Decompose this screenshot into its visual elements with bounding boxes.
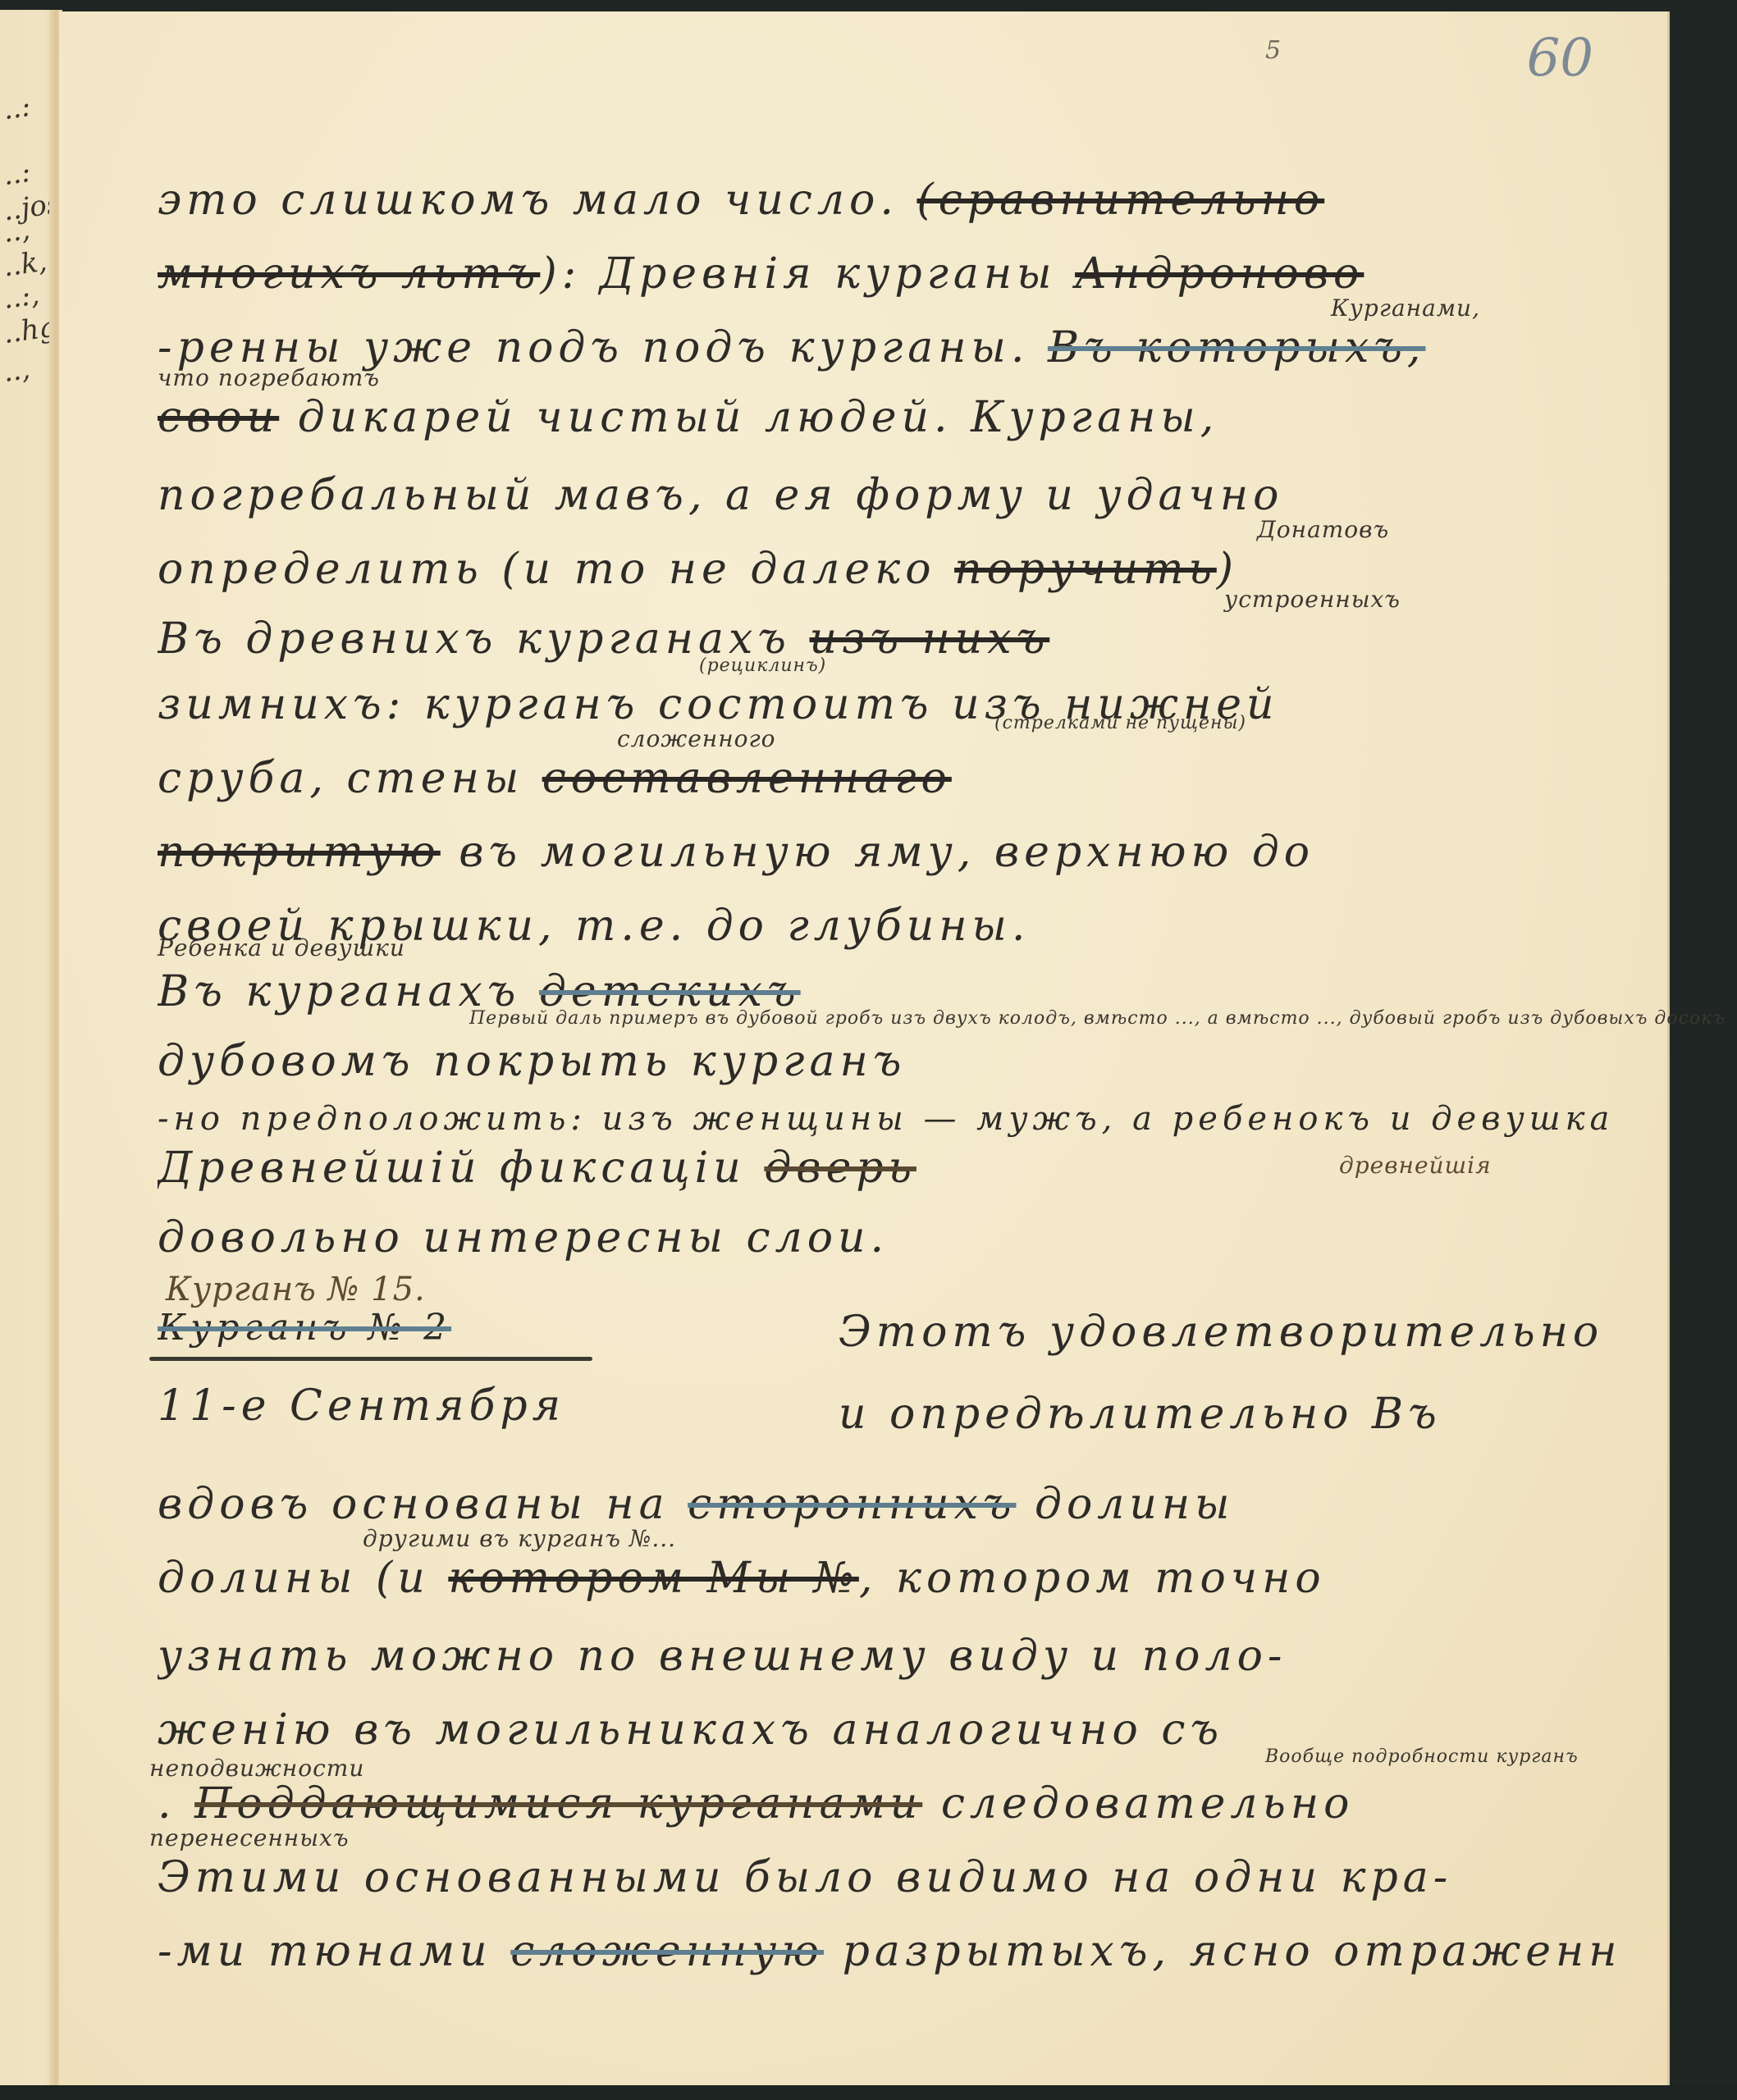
manuscript-line: Древнейшій фиксаціи дверь [158,1144,1618,1193]
interlinear-note: сложенного [617,725,776,752]
line-text: Въ древнихъ курганахъ [158,614,791,664]
struck-text: покрытую [158,828,441,877]
manuscript-line: вдовъ основаны на стороннихъ долины [158,1480,1618,1529]
manuscript-line: Этотъ удовлетворительно [839,1308,1618,1357]
heading-underline [149,1357,592,1361]
interlinear-note: (рециклинъ) [699,655,826,676]
left-page-fragment: ..k, [1,245,48,284]
manuscript-line: Въ древнихъ курганахъ изъ нихъ [158,614,1618,664]
interlinear-note: перенесенныхъ [149,1824,350,1851]
manuscript-line: -но предположить: изъ женщины — мужъ, а … [158,1094,1618,1144]
struck-text: котором Мы № [448,1554,859,1603]
manuscript-line: дубовомъ покрыть курганъ [158,1037,1618,1086]
line-text: это слишкомъ мало число. [158,176,916,225]
struck-text: стороннихъ [688,1480,1016,1529]
struck-text: Андроново [1075,249,1364,299]
interlinear-note: Курганами, [1331,294,1480,322]
adjacent-page-edge: ..: ..: ..jos, .., ..k, ..:, ..hg, .., [0,10,56,2085]
line-text: -ми тюнами [158,1927,492,1976]
manuscript-line: покрытую въ могильную яму, верхнюю до [158,828,1618,877]
manuscript-line: Этими основанными было видимо на одни кр… [158,1853,1618,1902]
struck-text: Поддающимися курганами [194,1779,922,1828]
struck-text: (сравнительно [916,176,1324,225]
line-text: довольно интересны слои. [158,1213,889,1262]
left-page-fragment: .., [1,353,32,389]
manuscript-line: долины (и котором Мы №, котором точно [158,1554,1618,1603]
line-text: дубовомъ покрыть курганъ [158,1037,906,1086]
line-text: ): Древнiя курганы [540,249,1056,299]
interlinear-note: Ребенка и девушки [158,934,405,961]
parenthetical-note: (стрелками не пущены) [994,713,1246,733]
line-text: женію въ могильникахъ аналогично съ [158,1705,1223,1755]
manuscript-line: это слишкомъ мало число. (сравнительно [158,176,1618,225]
line-text: -но предположить: изъ женщины — мужъ, а … [158,1100,1618,1138]
struck-heading: Курганъ № 2 [158,1307,451,1349]
struck-text: составленнаго [542,754,952,803]
line-text: дикарей чистый людей. Курганы, [298,393,1219,442]
line-text: узнать можно по внешнему виду и поло- [158,1632,1287,1681]
line-text: . [158,1779,176,1828]
interlinear-note: что погребаютъ [158,364,380,391]
line-text: , котором точно [859,1554,1326,1603]
left-page-fragment: .., [1,213,32,249]
left-page-fragment: ..: [1,90,32,126]
line-text: определить (и то не далеко [158,545,936,594]
manuscript-line: довольно интересны слои. [158,1213,1618,1262]
line-text: погребальный мавъ, а ея форму и удачно [158,471,1283,520]
left-page-fragment: ..:, [1,278,41,316]
struck-text: изъ нихъ [810,614,1050,664]
line-text: долины [1035,1480,1234,1529]
page-number: 60 [1527,28,1593,89]
line-text: и опредѣлительно Въ [839,1390,1442,1439]
interlinear-note: Донатовъ [1257,516,1389,543]
manuscript-line: многихъ льтъ): Древнiя курганы Андроново [158,249,1618,299]
line-text: въ могильную яму, верхнюю до [459,828,1314,877]
manuscript-line: -ми тюнами сложенную разрытыхъ, ясно отр… [158,1927,1618,1976]
line-text: Этотъ удовлетворительно [839,1308,1603,1357]
line-text: Въ курганахъ [158,967,520,1016]
manuscript-page: 5 60 это слишкомъ мало число. (сравнител… [59,11,1670,2085]
interlinear-note: неподвижности [149,1755,364,1782]
struck-text: дверь [764,1144,916,1193]
struck-text: сложенную [510,1927,824,1976]
line-text: следовательно [941,1779,1355,1828]
interlinear-note: устроенныхъ [1224,586,1401,613]
line-text: долины (и [158,1554,430,1603]
section-heading: Курганъ № 2 [158,1303,584,1353]
line-text: Древнейшій фиксаціи [158,1144,746,1193]
entry-date: 11-е Сентября [158,1381,617,1431]
interlinear-note: Первый даль примеръ въ дубовой гробъ изъ… [469,1008,1726,1029]
struck-text: Въ которыхъ, [1048,323,1426,372]
line-text: разрытыхъ, ясно отраженный [843,1927,1618,1976]
line-text: Этими основанными было видимо на одни кр… [158,1853,1452,1902]
manuscript-line: погребальный мавъ, а ея форму и удачно [158,471,1618,520]
manuscript-line: узнать можно по внешнему виду и поло- [158,1632,1618,1681]
manuscript-line: свои дикарей чистый людей. Курганы, [158,393,1618,442]
struck-text: многихъ льтъ [158,249,540,299]
manuscript-line: зимнихъ: курганъ состоитъ изъ нижней [158,680,1618,729]
manuscript-line: . Поддающимися курганами следовательно [158,1779,1618,1828]
interlinear-note: другими въ курганъ №... [363,1525,676,1552]
line-text: вдовъ основаны на [158,1480,670,1529]
date-text: 11-е Сентября [158,1381,565,1431]
folio-mark: 5 [1265,36,1281,65]
struck-text: свои [158,393,279,442]
struck-text: поручить [954,545,1217,594]
left-page-fragment: ..: [1,156,32,192]
line-text: сруба, стены [158,754,523,803]
scan-background [0,2085,1737,2100]
interlinear-note: Вообще подробности курганъ [1265,1746,1579,1767]
manuscript-line: и опредѣлительно Въ [839,1390,1618,1439]
manuscript-line: сруба, стены составленнаго [158,754,1618,803]
